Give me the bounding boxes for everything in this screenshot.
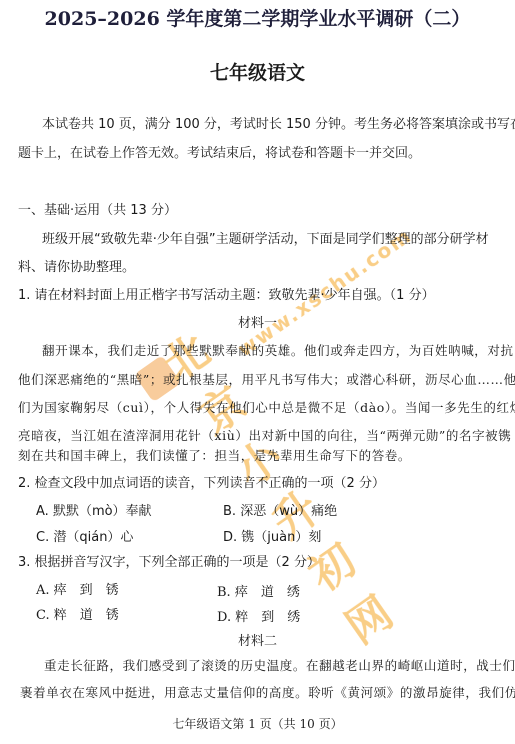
option-label: B. bbox=[223, 504, 236, 519]
option-text: 粹 道 锈 bbox=[54, 608, 119, 623]
question-2-option-c: C. 潜（qián）心 bbox=[36, 526, 133, 545]
question-2: 2. 检查文段中加点词语的读音，下列读音不正确的一项（2 分） bbox=[18, 472, 385, 491]
option-text: 默默（mò）奉献 bbox=[53, 504, 152, 519]
section-heading: 一、基础·运用（共 13 分） bbox=[18, 199, 177, 218]
option-text: 镌（juàn）刻 bbox=[241, 530, 321, 545]
question-2-option-a: A. 默默（mò）奉献 bbox=[36, 500, 152, 519]
material-1-heading: 材料一 bbox=[0, 312, 515, 331]
option-label: C. bbox=[36, 530, 49, 545]
page-footer: 七年级语文第 1 页（共 10 页） bbox=[0, 715, 515, 732]
question-3-text: 根据拼音写汉字，下列全部正确的一项是（2 分） bbox=[35, 555, 320, 570]
instructions-line-1: 本试卷共 10 页，满分 100 分，考试时长 150 分钟。考生务必将答案填涂… bbox=[42, 113, 515, 132]
option-text: 瘁 到 锈 bbox=[54, 583, 119, 598]
material-1-line-3: 们为国家鞠躬尽（cuì），个人得失在他们心中总是微不足（dào）。当闻一多先生的… bbox=[18, 398, 515, 416]
section-intro-line-1: 班级开展“致敬先辈·少年自强”主题研学活动，下面是同学们整理的部分研学材 bbox=[42, 228, 489, 247]
question-2-option-d: D. 镌（juàn）刻 bbox=[223, 526, 321, 545]
option-text: 深恶（wù）痛绝 bbox=[240, 504, 337, 519]
question-3-option-a: A. 瘁 到 锈 bbox=[36, 579, 119, 598]
option-text: 粹 到 绣 bbox=[235, 610, 300, 625]
option-text: 潜（qián）心 bbox=[53, 530, 133, 545]
option-label: D. bbox=[217, 610, 231, 625]
section-intro-line-2: 料、请你协助整理。 bbox=[18, 256, 135, 275]
option-label: A. bbox=[36, 504, 49, 519]
material-2-line-1: 重走长征路，我们感受到了滚烫的历史温度。在翻越老山界的崎岖山道时，战士们 bbox=[44, 656, 515, 674]
exam-subject: 七年级语文 bbox=[0, 58, 515, 85]
question-3-number: 3. bbox=[18, 555, 30, 570]
question-3-option-b: B. 瘁 道 绣 bbox=[217, 581, 300, 600]
option-label: D. bbox=[223, 530, 237, 545]
material-1-line-2: 他们深恶痛绝的“黑暗”；或扎根基层，用平凡书写伟大；或潜心科研，沥尽心血……他 bbox=[18, 370, 515, 388]
question-2-option-b: B. 深恶（wù）痛绝 bbox=[223, 500, 337, 519]
question-2-number: 2. bbox=[18, 476, 30, 491]
material-2-heading: 材料二 bbox=[0, 630, 515, 649]
material-1-line-5: 刻在共和国丰碑上，我们读懂了：担当，是先辈用生命写下的答卷。 bbox=[18, 446, 411, 464]
material-2-line-2: 裹着单衣在寒风中挺进，用意志丈量信仰的高度。聆听《黄河颂》的激昂旋律，我们仿 bbox=[20, 683, 515, 701]
question-2-text: 检查文段中加点词语的读音，下列读音不正确的一项（2 分） bbox=[35, 476, 385, 491]
option-label: B. bbox=[217, 585, 231, 600]
option-label: C. bbox=[36, 608, 50, 623]
material-1-line-1: 翻开课本，我们走近了那些默默奉献的英雄。他们或奔走四方，为百姓呐喊，对抗 bbox=[42, 341, 514, 359]
instructions-line-2: 题卡上，在试卷上作答无效。考试结束后，将试卷和答题卡一并交回。 bbox=[18, 142, 421, 161]
question-3-option-d: D. 粹 到 绣 bbox=[217, 606, 300, 625]
question-1-number: 1. bbox=[18, 288, 30, 303]
question-3: 3. 根据拼音写汉字，下列全部正确的一项是（2 分） bbox=[18, 551, 320, 570]
question-1-text: 请在材料封面上用正楷字书写活动主题：致敬先辈·少年自强。（1 分） bbox=[35, 288, 435, 303]
question-3-option-c: C. 粹 道 锈 bbox=[36, 604, 119, 623]
option-label: A. bbox=[36, 583, 50, 598]
option-text: 瘁 道 绣 bbox=[235, 585, 300, 600]
question-1: 1. 请在材料封面上用正楷字书写活动主题：致敬先辈·少年自强。（1 分） bbox=[18, 284, 435, 303]
material-1-line-4: 亮暗夜，当江姐在渣滓洞用花针（xiù）出对新中国的向往，当“两弹元勋”的名字被镌 bbox=[18, 426, 511, 444]
exam-page: 北京小升初网 www.xschu.com 2025–2026 学年度第二学期学业… bbox=[0, 0, 515, 744]
exam-title: 2025–2026 学年度第二学期学业水平调研（二） bbox=[0, 4, 515, 31]
